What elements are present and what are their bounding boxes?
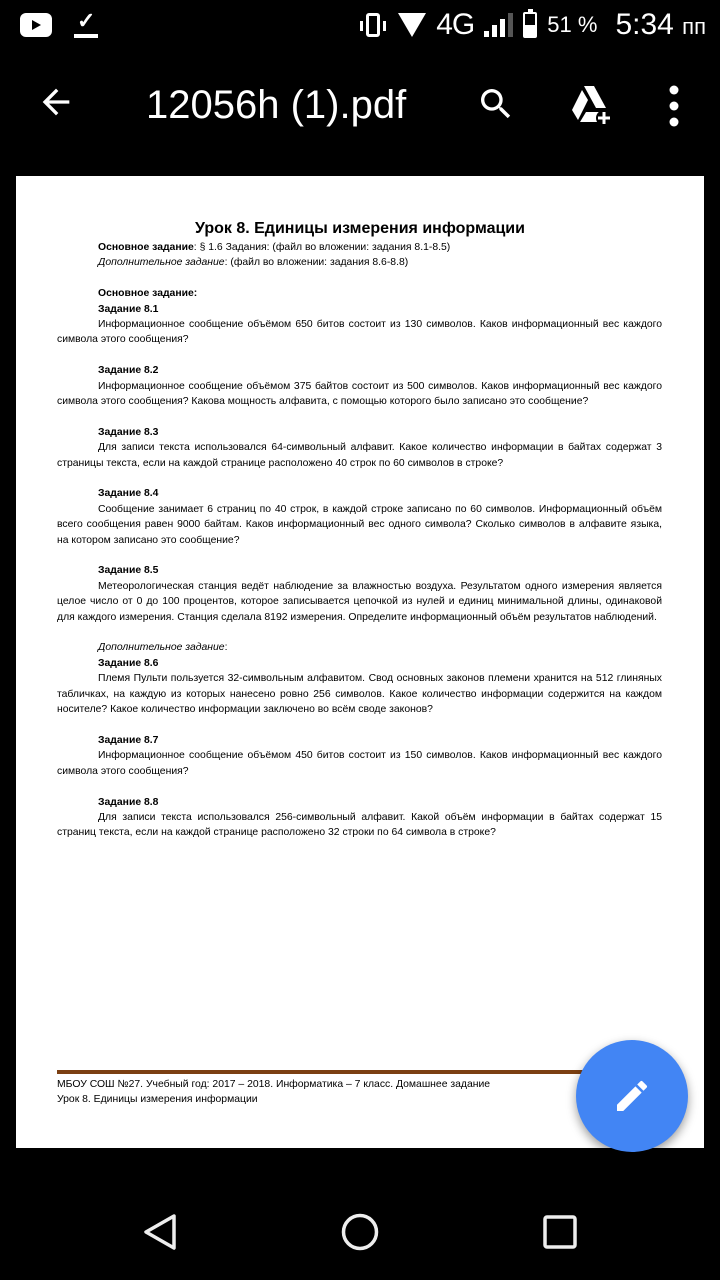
arrow-left-icon [36, 82, 76, 122]
intro-main: Основное задание: § 1.6 Задания: (файл в… [57, 240, 662, 255]
task-title: Задание 8.5 [57, 563, 662, 578]
youtube-icon [20, 13, 52, 37]
signal-icon [484, 13, 513, 37]
task-text: Информационное сообщение объёмом 375 бай… [57, 379, 662, 410]
task-text: Племя Пульти пользуется 32-символьным ал… [57, 671, 662, 717]
nav-home-button[interactable] [340, 1212, 380, 1257]
footer-rule [57, 1070, 662, 1074]
task-text: Информационное сообщение объёмом 450 бит… [57, 748, 662, 779]
wifi-data-icon [398, 13, 426, 37]
task-title: Задание 8.6 [57, 656, 662, 671]
pdf-page[interactable]: Урок 8. Единицы измерения информации Осн… [16, 176, 704, 1148]
extra-section-label-text: Дополнительное задание [98, 642, 225, 653]
document-title: 12056h (1).pdf [146, 80, 406, 130]
task-text: Информационное сообщение объёмом 650 бит… [57, 317, 662, 348]
clock-suffix: пп [682, 14, 706, 39]
task-text: Сообщение занимает 6 страниц по 40 строк… [57, 502, 662, 548]
status-bar: ✓ 4G 51 % 5:34 пп [0, 0, 720, 50]
task-title: Задание 8.2 [57, 363, 662, 378]
intro-main-label: Основное задание [98, 242, 194, 253]
task-title: Задание 8.7 [57, 733, 662, 748]
edit-pencil-icon [612, 1076, 652, 1116]
clock: 5:34 пп [615, 8, 706, 42]
task-text: Для записи текста использовался 64-симво… [57, 440, 662, 471]
task-text: Для записи текста использовался 256-симв… [57, 810, 662, 841]
home-circle-icon [340, 1212, 380, 1252]
extra-section-label: Дополнительное задание: [57, 640, 662, 655]
task-title: Задание 8.3 [57, 425, 662, 440]
search-icon [476, 84, 516, 124]
download-done-icon: ✓ [74, 10, 98, 40]
footer-line-2: Урок 8. Единицы измерения информации [57, 1092, 490, 1107]
main-section-label: Основное задание: [57, 286, 662, 301]
intro-extra-text: : (файл во вложении: задания 8.6-8.8) [225, 257, 409, 268]
back-button[interactable] [36, 82, 80, 126]
system-nav-bar [0, 1184, 720, 1280]
intro-extra: Дополнительное задание: (файл во вложени… [57, 255, 662, 270]
more-options-button[interactable] [662, 82, 686, 130]
clock-time: 5:34 [615, 8, 673, 41]
footer-line-1: МБОУ СОШ №27. Учебный год: 2017 – 2018. … [57, 1077, 490, 1092]
document-body: Основное задание: § 1.6 Задания: (файл в… [57, 240, 662, 841]
task-title: Задание 8.1 [57, 302, 662, 317]
back-triangle-icon [140, 1212, 180, 1252]
nav-back-button[interactable] [140, 1212, 180, 1257]
edit-fab-button[interactable] [576, 1040, 688, 1152]
vibrate-icon [366, 13, 380, 37]
page-footer: МБОУ СОШ №27. Учебный год: 2017 – 2018. … [57, 1077, 490, 1108]
battery-icon [523, 12, 537, 38]
more-vert-icon [662, 82, 686, 130]
battery-percent: 51 % [547, 12, 597, 38]
nav-recents-button[interactable] [542, 1214, 578, 1255]
task-title: Задание 8.8 [57, 795, 662, 810]
add-to-drive-button[interactable] [568, 84, 614, 128]
recents-square-icon [542, 1214, 578, 1250]
task-text: Метеорологическая станция ведёт наблюден… [57, 579, 662, 625]
extra-section-colon: : [225, 642, 228, 653]
lesson-title: Урок 8. Единицы измерения информации [16, 220, 704, 238]
intro-extra-label: Дополнительное задание [98, 257, 225, 268]
intro-main-text: : § 1.6 Задания: (файл во вложении: зада… [194, 242, 450, 253]
drive-add-icon [568, 84, 614, 128]
search-button[interactable] [476, 84, 516, 124]
task-title: Задание 8.4 [57, 486, 662, 501]
network-type: 4G [436, 10, 474, 40]
app-bar: 12056h (1).pdf [0, 60, 720, 150]
